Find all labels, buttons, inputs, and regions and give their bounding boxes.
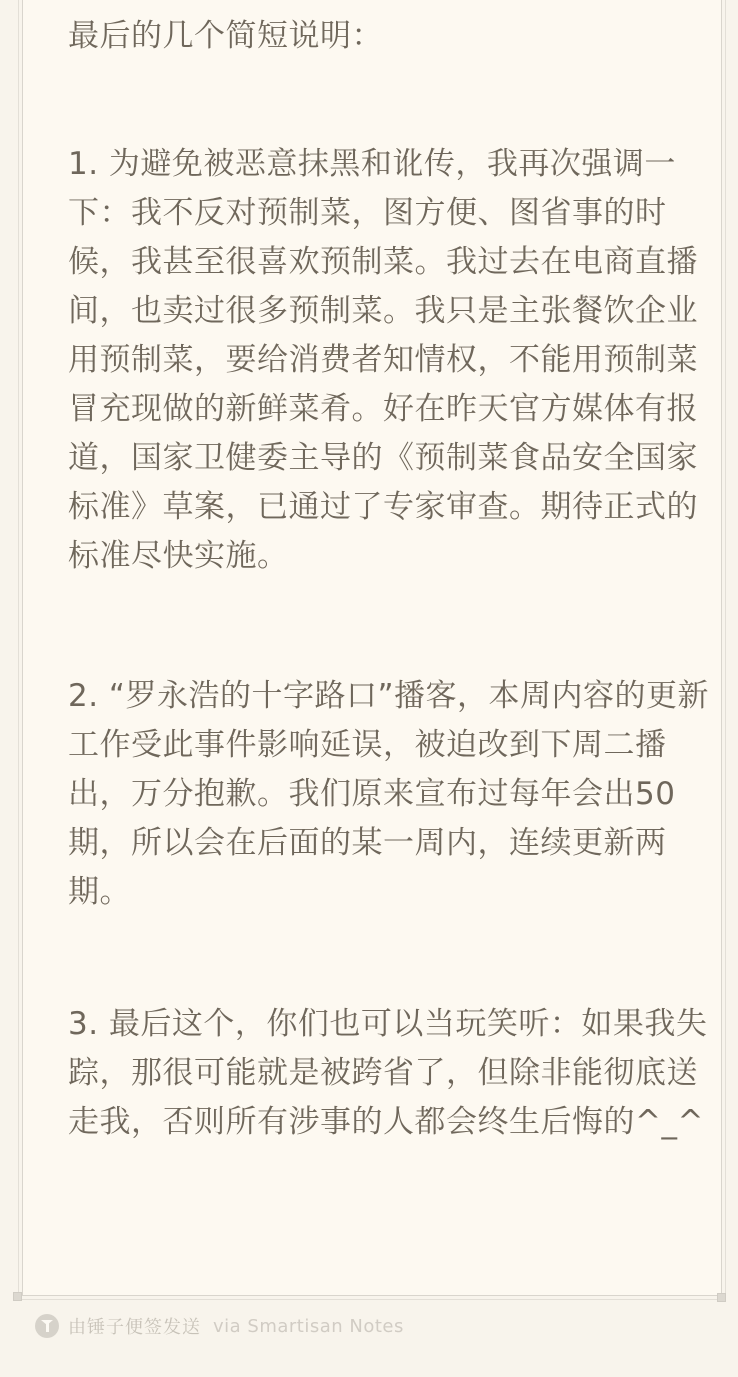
card-corner-handle-right <box>717 1293 726 1302</box>
note-text-line: 走我，否则所有涉事的人都会终生后悔的^_^ <box>68 1098 691 1147</box>
note-paragraph-2: 2. “罗永浩的十字路口”播客，本周内容的更新工作受此事件影响延误，被迫改到下周… <box>68 672 691 917</box>
note-paragraph-3: 3. 最后这个，你们也可以当玩笑听：如果我失踪，那很可能就是被跨省了，但除非能彻… <box>68 1000 691 1147</box>
note-text-line: 2. “罗永浩的十字路口”播客，本周内容的更新 <box>68 672 691 721</box>
note-text-line: 出，万分抱歉。我们原来宣布过每年会出50 <box>68 770 691 819</box>
note-text-line: 标准尽快实施。 <box>68 532 691 581</box>
note-text-line: 间，也卖过很多预制菜。我只是主张餐饮企业 <box>68 287 691 336</box>
note-text-line: 踪，那很可能就是被跨省了，但除非能彻底送 <box>68 1049 691 1098</box>
note-text-line: 3. 最后这个，你们也可以当玩笑听：如果我失 <box>68 1000 691 1049</box>
note-text-line: 候，我甚至很喜欢预制菜。我过去在电商直播 <box>68 238 691 287</box>
note-title: 最后的几个简短说明： <box>68 12 691 61</box>
note-share-image: 最后的几个简短说明： 1. 为避免被恶意抹黑和讹传，我再次强调一下：我不反对预制… <box>0 0 738 1377</box>
card-corner-handle-left <box>13 1292 22 1301</box>
note-paragraph-1: 1. 为避免被恶意抹黑和讹传，我再次强调一下：我不反对预制菜，图方便、图省事的时… <box>68 140 691 581</box>
note-text-line: 下：我不反对预制菜，图方便、图省事的时 <box>68 189 691 238</box>
note-text-line: 标准》草案，已通过了专家审查。期待正式的 <box>68 483 691 532</box>
note-card: 最后的几个简短说明： 1. 为避免被恶意抹黑和讹传，我再次强调一下：我不反对预制… <box>22 0 722 1296</box>
note-text-line: 用预制菜，要给消费者知情权，不能用预制菜 <box>68 336 691 385</box>
note-text-line: 期。 <box>68 868 691 917</box>
footer: 由锤子便签发送 via Smartisan Notes <box>35 1313 404 1339</box>
note-text-line: 工作受此事件影响延误，被迫改到下周二播 <box>68 721 691 770</box>
note-text-line: 期，所以会在后面的某一周内，连续更新两 <box>68 819 691 868</box>
smartisan-hammer-icon <box>35 1314 59 1338</box>
hammer-handle-shape <box>46 1323 49 1332</box>
note-text-line: 1. 为避免被恶意抹黑和讹传，我再次强调一 <box>68 140 691 189</box>
note-text-line: 冒充现做的新鲜菜肴。好在昨天官方媒体有报 <box>68 385 691 434</box>
footer-sent-via-chinese: 由锤子便签发送 <box>68 1313 201 1339</box>
note-text-line: 道，国家卫健委主导的《预制菜食品安全国家 <box>68 434 691 483</box>
footer-sent-via-english: via Smartisan Notes <box>213 1316 404 1337</box>
